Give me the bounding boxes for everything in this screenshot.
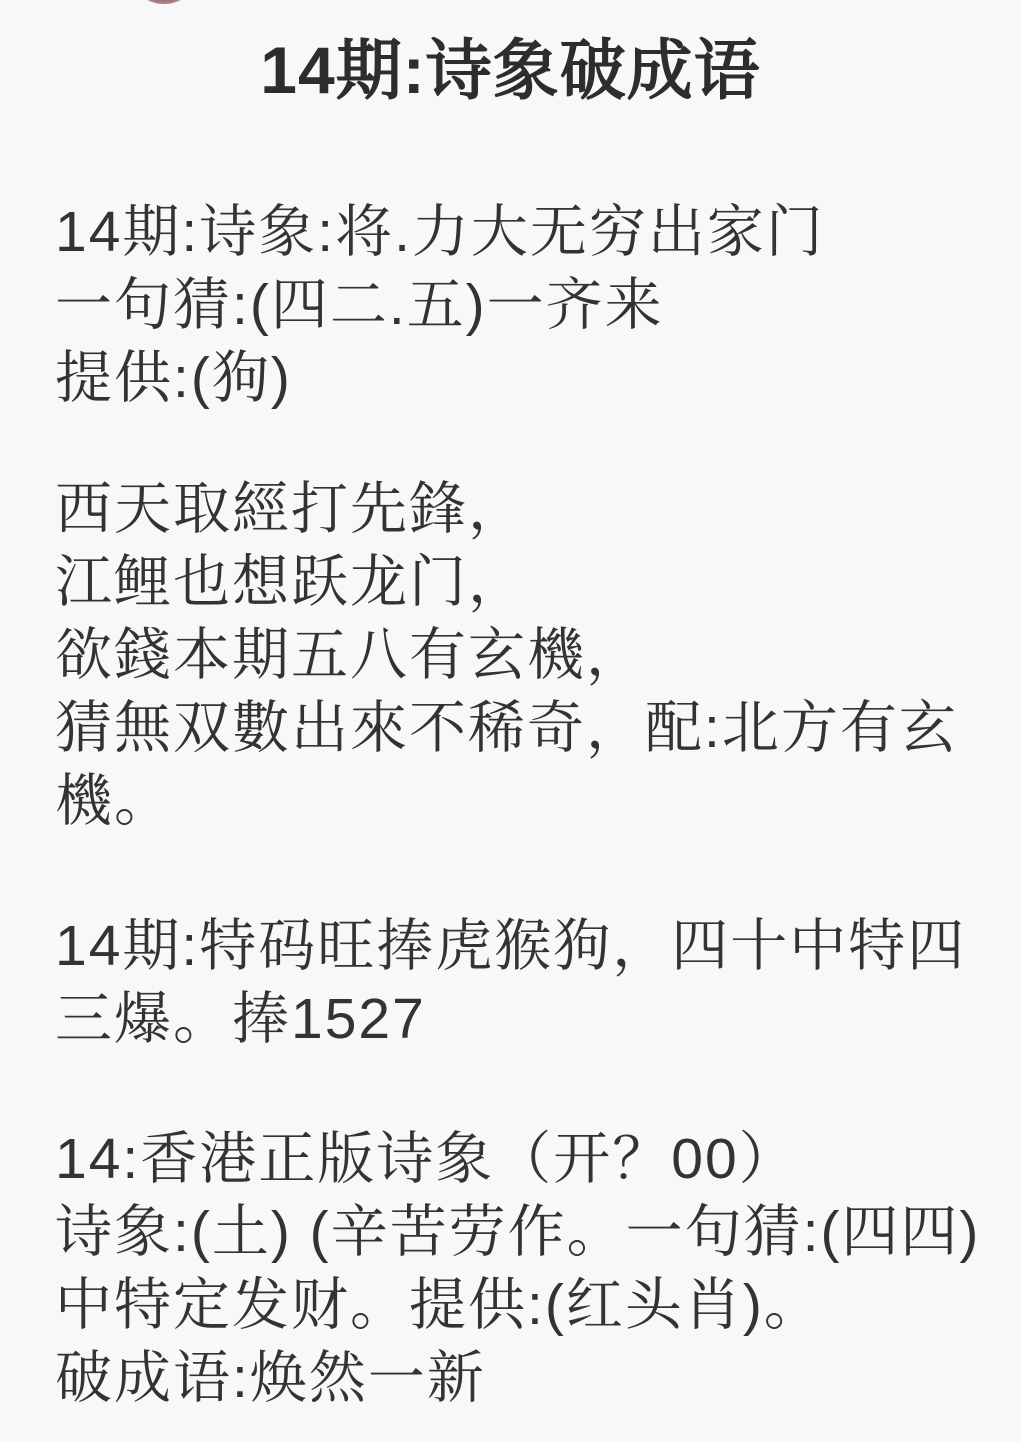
text-line: 欲錢本期五八有玄機， [55, 619, 1021, 692]
text-line: 14:香港正版诗象（开？00） [55, 1123, 1021, 1196]
text-line: 诗象:(土) (辛苦劳作。一句猜:(四四) [55, 1196, 1021, 1269]
text-line: 破成语:焕然一新 [55, 1342, 1021, 1415]
text-line: 中特定发财。提供:(红头肖)。 [55, 1269, 1021, 1342]
section-poem-header: 14期:诗象:将.力大无穷出家门 一句猜:(四二.五)一齐来 提供:(狗) [55, 196, 1021, 415]
text-line: 猜無双數出來不稀奇，配:北方有玄 [55, 692, 1021, 765]
text-line: 西天取經打先鋒， [55, 473, 1021, 546]
page: 14期:诗象破成语 14期:诗象:将.力大无穷出家门 一句猜:(四二.五)一齐来… [0, 0, 1021, 1442]
text-line: 江鲤也想跃龙门， [55, 546, 1021, 619]
section-special-code-tip: 14期:特码旺捧虎猴狗，四十中特四 三爆。捧1527 [55, 910, 1021, 1056]
red-circle-icon [134, 0, 194, 4]
section-verse: 西天取經打先鋒， 江鲤也想跃龙门， 欲錢本期五八有玄機， 猜無双數出來不稀奇，配… [55, 473, 1021, 838]
page-title: 14期:诗象破成语 [0, 26, 1021, 114]
text-line: 提供:(狗) [55, 342, 1021, 415]
text-line: 三爆。捧1527 [55, 983, 1021, 1056]
text-line: 14期:特码旺捧虎猴狗，四十中特四 [55, 910, 1021, 983]
section-hk-edition: 14:香港正版诗象（开？00） 诗象:(土) (辛苦劳作。一句猜:(四四) 中特… [55, 1123, 1021, 1415]
text-line: 一句猜:(四二.五)一齐来 [55, 269, 1021, 342]
text-line: 14期:诗象:将.力大无穷出家门 [55, 196, 1021, 269]
text-line: 機。 [55, 765, 1021, 838]
